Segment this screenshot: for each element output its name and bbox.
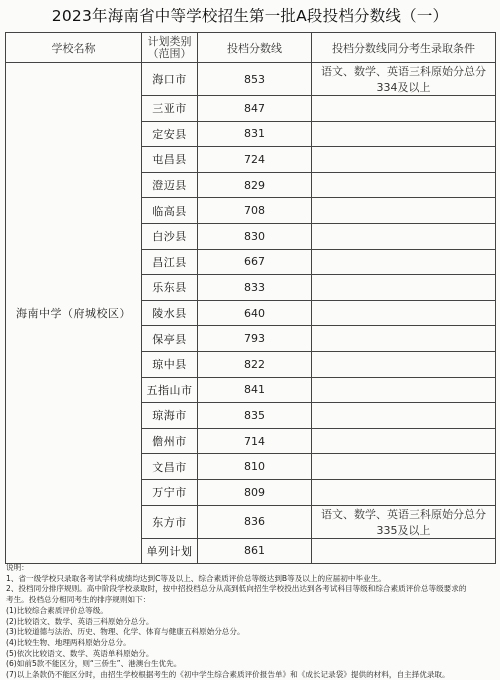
condition-cell — [312, 172, 496, 198]
district-cell: 昌江县 — [142, 249, 198, 275]
header-plan-type: 计划类别（范围） — [142, 33, 198, 63]
district-cell: 澄迈县 — [142, 172, 198, 198]
district-cell: 琼海市 — [142, 403, 198, 429]
condition-cell — [312, 275, 496, 301]
table-header-row: 学校名称 计划类别（范围） 投档分数线 投档分数线同分考生录取条件 — [6, 33, 496, 63]
score-cell: 708 — [198, 198, 312, 224]
district-cell: 文昌市 — [142, 454, 198, 480]
score-cell: 667 — [198, 249, 312, 275]
page-title: 2023年海南省中等学校招生第一批A段投档分数线（一） — [0, 4, 500, 26]
note-line: 1、省一级学校只录取各考试学科成绩均达到C等及以上、综合素质评价总等级达到B等及… — [6, 574, 496, 585]
header-plan-type-line2: （范围） — [148, 47, 192, 60]
score-cell: 640 — [198, 300, 312, 326]
score-cell: 810 — [198, 454, 312, 480]
district-cell: 临高县 — [142, 198, 198, 224]
notes-heading: 说明： — [6, 563, 496, 574]
district-cell: 东方市 — [142, 505, 198, 538]
condition-cell — [312, 351, 496, 377]
condition-cell — [312, 121, 496, 147]
condition-cell — [312, 300, 496, 326]
note-line: (3)比较道德与法治、历史、物理、化学、体育与健康五科原始分总分。 — [6, 627, 496, 638]
score-cell: 841 — [198, 377, 312, 403]
condition-cell — [312, 223, 496, 249]
school-name-cell: 海南中学（府城校区） — [6, 63, 142, 564]
note-line: (1)比较综合素质评价总等级。 — [6, 606, 496, 617]
score-cell: 830 — [198, 223, 312, 249]
district-cell: 屯昌县 — [142, 147, 198, 173]
score-cell: 829 — [198, 172, 312, 198]
score-cell: 714 — [198, 428, 312, 454]
condition-cell — [312, 479, 496, 505]
score-cell: 853 — [198, 63, 312, 96]
condition-cell: 语文、数学、英语三科原始分总分334及以上 — [312, 63, 496, 96]
note-line: (5)依次比较语文、数学、英语单科原始分。 — [6, 649, 496, 660]
note-line: 考生。投档总分相同考生的排序规则如下： — [6, 595, 496, 606]
score-cell: 847 — [198, 96, 312, 122]
note-line: 2、投档同分排序规则。高中阶段学校录取时，按中招投档总分从高到低向招生学校投出达… — [6, 584, 496, 595]
note-line: (4)比较生物、地理两科原始分总分。 — [6, 638, 496, 649]
condition-cell: 语文、数学、英语三科原始分总分335及以上 — [312, 505, 496, 538]
score-cell: 793 — [198, 326, 312, 352]
district-cell: 定安县 — [142, 121, 198, 147]
score-cell: 833 — [198, 275, 312, 301]
district-cell: 儋州市 — [142, 428, 198, 454]
header-condition: 投档分数线同分考生录取条件 — [312, 33, 496, 63]
district-cell: 三亚市 — [142, 96, 198, 122]
note-line: (2)比较语文、数学、英语三科原始分总分。 — [6, 617, 496, 628]
district-cell: 五指山市 — [142, 377, 198, 403]
header-school: 学校名称 — [6, 33, 142, 63]
note-line: (7)以上条款仍不能区分时，由招生学校根据考生的《初中学生综合素质评价报告单》和… — [6, 670, 496, 680]
condition-cell — [312, 147, 496, 173]
district-cell: 单列计划 — [142, 538, 198, 564]
district-cell: 陵水县 — [142, 300, 198, 326]
district-cell: 万宁市 — [142, 479, 198, 505]
condition-cell — [312, 454, 496, 480]
condition-cell — [312, 428, 496, 454]
district-cell: 白沙县 — [142, 223, 198, 249]
condition-cell — [312, 198, 496, 224]
table-row: 海南中学（府城校区）海口市853语文、数学、英语三科原始分总分334及以上 — [6, 63, 496, 96]
district-cell: 琼中县 — [142, 351, 198, 377]
district-cell: 乐东县 — [142, 275, 198, 301]
score-cell: 809 — [198, 479, 312, 505]
score-table: 学校名称 计划类别（范围） 投档分数线 投档分数线同分考生录取条件 海南中学（府… — [5, 32, 496, 564]
notes-section: 说明： 1、省一级学校只录取各考试学科成绩均达到C等及以上、综合素质评价总等级达… — [6, 563, 496, 680]
condition-cell — [312, 403, 496, 429]
condition-cell — [312, 377, 496, 403]
score-cell: 724 — [198, 147, 312, 173]
score-cell: 831 — [198, 121, 312, 147]
district-cell: 保亭县 — [142, 326, 198, 352]
score-cell: 822 — [198, 351, 312, 377]
condition-cell — [312, 326, 496, 352]
note-line: (6)如前5款不能区分，则“三侨生”、港澳台生优先。 — [6, 659, 496, 670]
condition-cell — [312, 96, 496, 122]
score-cell: 835 — [198, 403, 312, 429]
header-score: 投档分数线 — [198, 33, 312, 63]
condition-cell — [312, 249, 496, 275]
score-cell: 836 — [198, 505, 312, 538]
district-cell: 海口市 — [142, 63, 198, 96]
score-cell: 861 — [198, 538, 312, 564]
condition-cell — [312, 538, 496, 564]
